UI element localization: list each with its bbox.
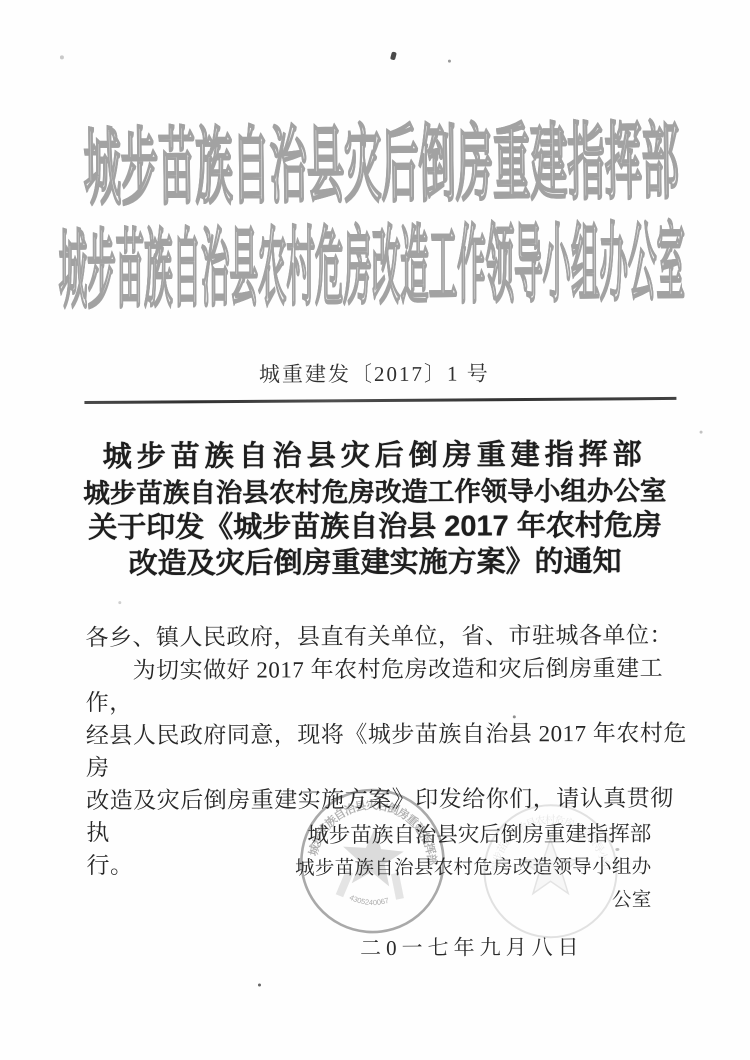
document-number: 城重建发〔2017〕1 号: [0, 356, 749, 389]
title-line-4: 改造及灾后倒房重建实施方案》的通知: [35, 544, 715, 582]
document-content: 城步苗族自治县灾后倒房重建指挥部 4305240067 城步苗族自治县农村危房改…: [0, 0, 750, 1060]
signature-org-2: 城步苗族自治县农村危房改造领导小组办公室: [291, 851, 651, 919]
salutation-line: 各乡、镇人民政府，县直有关单位，省、市驻城各单位：: [85, 620, 695, 655]
notice-title: 城步苗族自治县灾后倒房重建指挥部 城步苗族自治县农村危房改造工作领导小组办公室 …: [35, 438, 716, 583]
signature-block: 城步苗族自治县灾后倒房重建指挥部 城步苗族自治县农村危房改造领导小组办公室 二0…: [291, 818, 652, 966]
letterhead-line-2: 城步苗族自治县农村危房改造工作领导小组办公室: [59, 220, 685, 314]
title-line-1: 城步苗族自治县灾后倒房重建指挥部: [35, 438, 715, 476]
body-line: 为切实做好 2017 年农村危房改造和灾后倒房重建工作，: [86, 652, 696, 720]
scan-speck: [258, 984, 261, 987]
signature-date: 二0一七年九月八日: [292, 931, 652, 966]
scanned-document-page: 城步苗族自治县灾后倒房重建指挥部 4305240067 城步苗族自治县农村危房改…: [0, 0, 750, 1060]
scan-speck: [390, 51, 397, 60]
body-line: 经县人民政府同意，现将《城步苗族自治县 2017 年农村危房: [86, 717, 696, 785]
title-line-3: 关于印发《城步苗族自治县 2017 年农村危房: [35, 509, 715, 547]
scan-speck: [60, 55, 64, 59]
scan-speck: [513, 715, 516, 718]
scan-speck: [700, 431, 703, 434]
scan-speck: [118, 601, 121, 604]
title-line-2: 城步苗族自治县农村危房改造工作领导小组办公室: [35, 473, 715, 511]
scan-speck: [448, 60, 451, 63]
signature-org-1: 城步苗族自治县灾后倒房重建指挥部: [291, 818, 651, 853]
scan-speck: [615, 848, 619, 851]
letterhead-line-1: 城步苗族自治县灾后倒房重建指挥部: [83, 122, 679, 213]
divider-rule: [84, 397, 676, 404]
